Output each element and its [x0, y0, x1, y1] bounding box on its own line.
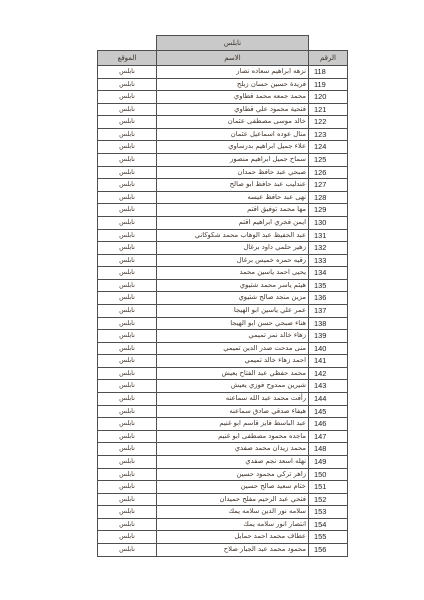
row-name-cell: فريدة حسين حسان زبلح — [157, 78, 309, 91]
table-row: 145 هيفاء صدقي صادق سماعنه نابلس — [98, 405, 348, 418]
row-name-cell: نهله اسعد نجم صفدي — [157, 455, 309, 468]
row-number-cell: 132 — [309, 242, 348, 255]
row-location-cell: نابلس — [98, 154, 157, 167]
spacer-cell — [309, 36, 348, 51]
table-row: 150 زاهر تركي محمود حسين نابلس — [98, 468, 348, 481]
row-name-cell: يحيى احمد ياسين محمد — [157, 267, 309, 280]
row-number-cell: 151 — [309, 481, 348, 494]
row-number-cell: 146 — [309, 418, 348, 431]
row-name-cell: شيرين ممدوح فوزي يعيش — [157, 380, 309, 393]
table-row: 135 هيثم ياسر محمد شتيوي نابلس — [98, 279, 348, 292]
row-number-cell: 152 — [309, 493, 348, 506]
row-location-cell: نابلس — [98, 279, 157, 292]
table-row: 123 منال عوده اسماعيل عثمان نابلس — [98, 128, 348, 141]
row-location-cell: نابلس — [98, 418, 157, 431]
row-name-cell: نزهه ابراهيم سعاده نصار — [157, 66, 309, 79]
row-name-cell: زهير حلمي داود برغال — [157, 242, 309, 255]
row-name-cell: انتصار انور سلامه يمك — [157, 518, 309, 531]
table-row: 130 ايمن فخري ابراهيم اقتم نابلس — [98, 216, 348, 229]
row-name-cell: عطاف محمد احمد حمايل — [157, 531, 309, 544]
row-location-cell: نابلس — [98, 128, 157, 141]
row-location-cell: نابلس — [98, 493, 157, 506]
row-location-cell: نابلس — [98, 116, 157, 129]
row-name-cell: محمد زيدان محمد صفدي — [157, 443, 309, 456]
row-name-cell: نهى عبد حافظ عيسه — [157, 191, 309, 204]
table-row: 141 احمد زهاء خالد تميمي نابلس — [98, 355, 348, 368]
row-location-cell: نابلس — [98, 229, 157, 242]
column-header-row: الرقم الاسم الموقع — [98, 51, 348, 66]
row-name-cell: ماجده محمود مصطفى ابو غنيم — [157, 430, 309, 443]
table-row: 139 زهاء خالد نمر تميمي نابلس — [98, 330, 348, 343]
table-row: 132 زهير حلمي داود برغال نابلس — [98, 242, 348, 255]
table-row: 127 عندليب عبد حافظ ابو صالح نابلس — [98, 179, 348, 192]
row-location-cell: نابلس — [98, 518, 157, 531]
row-name-cell: عبد الباسط فايز قاسم ابو غنيم — [157, 418, 309, 431]
table-row: 151 ختام سعيد صالح حسين نابلس — [98, 481, 348, 494]
row-name-cell: هناء صبحي حسن ابو الهيجا — [157, 317, 309, 330]
row-number-cell: 121 — [309, 103, 348, 116]
table-row: 118 نزهه ابراهيم سعاده نصار نابلس — [98, 66, 348, 79]
row-name-cell: منى مدحت صدر الدين تميمي — [157, 342, 309, 355]
row-location-cell: نابلس — [98, 242, 157, 255]
row-number-cell: 135 — [309, 279, 348, 292]
row-name-cell: رأفت محمد عبد الله سماعنه — [157, 393, 309, 406]
row-location-cell: نابلس — [98, 254, 157, 267]
row-number-cell: 156 — [309, 543, 348, 556]
row-number-cell: 154 — [309, 518, 348, 531]
row-location-cell: نابلس — [98, 78, 157, 91]
row-number-cell: 143 — [309, 380, 348, 393]
row-location-cell: نابلس — [98, 216, 157, 229]
table-row: 119 فريدة حسين حسان زبلح نابلس — [98, 78, 348, 91]
table-row: 124 علاء جميل ابراهيم بدرساوي نابلس — [98, 141, 348, 154]
row-number-cell: 140 — [309, 342, 348, 355]
table-row: 131 عبد الحفيظ عبد الوهاب محمد شكوكاني ن… — [98, 229, 348, 242]
row-name-cell: زاهر تركي محمود حسين — [157, 468, 309, 481]
column-header-number: الرقم — [309, 51, 348, 66]
row-name-cell: هيثم ياسر محمد شتيوي — [157, 279, 309, 292]
table-row: 137 عمر علي ياسين ابو الهيجا نابلس — [98, 304, 348, 317]
table-row: 148 محمد زيدان محمد صفدي نابلس — [98, 443, 348, 456]
table-row: 146 عبد الباسط فايز قاسم ابو غنيم نابلس — [98, 418, 348, 431]
table-row: 133 رقيه حمزه خميس برغال نابلس — [98, 254, 348, 267]
row-name-cell: مها محمد توفيق اقتم — [157, 204, 309, 217]
table-row: 155 عطاف محمد احمد حمايل نابلس — [98, 531, 348, 544]
row-location-cell: نابلس — [98, 103, 157, 116]
row-name-cell: ختام سعيد صالح حسين — [157, 481, 309, 494]
region-title: نابلس — [157, 36, 309, 51]
row-number-cell: 126 — [309, 166, 348, 179]
row-location-cell: نابلس — [98, 468, 157, 481]
row-number-cell: 127 — [309, 179, 348, 192]
table-row: 140 منى مدحت صدر الدين تميمي نابلس — [98, 342, 348, 355]
row-number-cell: 124 — [309, 141, 348, 154]
table-row: 136 مزين منجد صالح شتيوي نابلس — [98, 292, 348, 305]
row-location-cell: نابلس — [98, 141, 157, 154]
table-row: 125 سماح جميل ابراهيم منصور نابلس — [98, 154, 348, 167]
region-title-row: نابلس — [98, 36, 348, 51]
row-number-cell: 144 — [309, 393, 348, 406]
row-location-cell: نابلس — [98, 506, 157, 519]
column-header-name: الاسم — [157, 51, 309, 66]
row-name-cell: احمد زهاء خالد تميمي — [157, 355, 309, 368]
row-location-cell: نابلس — [98, 179, 157, 192]
row-name-cell: محمد جمعه محمد قطاوي — [157, 91, 309, 104]
table-row: 147 ماجده محمود مصطفى ابو غنيم نابلس — [98, 430, 348, 443]
table-row: 129 مها محمد توفيق اقتم نابلس — [98, 204, 348, 217]
table-row: 144 رأفت محمد عبد الله سماعنه نابلس — [98, 393, 348, 406]
roster-table: نابلس الرقم الاسم الموقع 118 نزهه ابراهي… — [97, 35, 348, 557]
row-number-cell: 136 — [309, 292, 348, 305]
table-row: 142 محمد حفظي عبد الفتاح يعيش نابلس — [98, 367, 348, 380]
row-number-cell: 149 — [309, 455, 348, 468]
table-row: 143 شيرين ممدوح فوزي يعيش نابلس — [98, 380, 348, 393]
row-location-cell: نابلس — [98, 166, 157, 179]
row-number-cell: 128 — [309, 191, 348, 204]
table-row: 149 نهله اسعد نجم صفدي نابلس — [98, 455, 348, 468]
row-name-cell: منال عوده اسماعيل عثمان — [157, 128, 309, 141]
spacer-cell — [98, 36, 157, 51]
row-location-cell: نابلس — [98, 342, 157, 355]
table-body: نابلس الرقم الاسم الموقع 118 نزهه ابراهي… — [98, 36, 348, 557]
row-name-cell: مزين منجد صالح شتيوي — [157, 292, 309, 305]
row-name-cell: صبحي عبد حافظ حمدان — [157, 166, 309, 179]
row-name-cell: محمود محمد عبد الجبار صلاح — [157, 543, 309, 556]
table-row: 154 انتصار انور سلامه يمك نابلس — [98, 518, 348, 531]
row-name-cell: عندليب عبد حافظ ابو صالح — [157, 179, 309, 192]
row-number-cell: 148 — [309, 443, 348, 456]
row-location-cell: نابلس — [98, 204, 157, 217]
row-location-cell: نابلس — [98, 543, 157, 556]
row-name-cell: خالد موسى مصطفى عثمان — [157, 116, 309, 129]
row-location-cell: نابلس — [98, 292, 157, 305]
row-location-cell: نابلس — [98, 66, 157, 79]
table-row: 121 فتحية محمود علي قطاوي نابلس — [98, 103, 348, 116]
column-header-location: الموقع — [98, 51, 157, 66]
row-number-cell: 139 — [309, 330, 348, 343]
table-row: 138 هناء صبحي حسن ابو الهيجا نابلس — [98, 317, 348, 330]
row-location-cell: نابلس — [98, 531, 157, 544]
row-location-cell: نابلس — [98, 380, 157, 393]
row-name-cell: ايمن فخري ابراهيم اقتم — [157, 216, 309, 229]
row-name-cell: عمر علي ياسين ابو الهيجا — [157, 304, 309, 317]
table-row: 120 محمد جمعه محمد قطاوي نابلس — [98, 91, 348, 104]
row-location-cell: نابلس — [98, 267, 157, 280]
row-number-cell: 153 — [309, 506, 348, 519]
row-number-cell: 120 — [309, 91, 348, 104]
row-location-cell: نابلس — [98, 191, 157, 204]
row-name-cell: علاء جميل ابراهيم بدرساوي — [157, 141, 309, 154]
row-location-cell: نابلس — [98, 455, 157, 468]
row-name-cell: عبد الحفيظ عبد الوهاب محمد شكوكاني — [157, 229, 309, 242]
row-name-cell: فتحي عبد الرحيم مفلح حميدان — [157, 493, 309, 506]
row-location-cell: نابلس — [98, 355, 157, 368]
row-number-cell: 134 — [309, 267, 348, 280]
row-number-cell: 129 — [309, 204, 348, 217]
row-number-cell: 150 — [309, 468, 348, 481]
row-name-cell: هيفاء صدقي صادق سماعنه — [157, 405, 309, 418]
table-row: 122 خالد موسى مصطفى عثمان نابلس — [98, 116, 348, 129]
row-location-cell: نابلس — [98, 330, 157, 343]
row-location-cell: نابلس — [98, 443, 157, 456]
row-number-cell: 125 — [309, 154, 348, 167]
table-row: 134 يحيى احمد ياسين محمد نابلس — [98, 267, 348, 280]
row-number-cell: 123 — [309, 128, 348, 141]
row-number-cell: 122 — [309, 116, 348, 129]
row-location-cell: نابلس — [98, 91, 157, 104]
names-roster-table: نابلس الرقم الاسم الموقع 118 نزهه ابراهي… — [98, 35, 348, 557]
row-name-cell: فتحية محمود علي قطاوي — [157, 103, 309, 116]
row-number-cell: 142 — [309, 367, 348, 380]
row-number-cell: 145 — [309, 405, 348, 418]
row-number-cell: 119 — [309, 78, 348, 91]
table-row: 126 صبحي عبد حافظ حمدان نابلس — [98, 166, 348, 179]
row-number-cell: 147 — [309, 430, 348, 443]
row-location-cell: نابلس — [98, 393, 157, 406]
row-number-cell: 137 — [309, 304, 348, 317]
row-location-cell: نابلس — [98, 481, 157, 494]
row-number-cell: 133 — [309, 254, 348, 267]
row-location-cell: نابلس — [98, 367, 157, 380]
row-name-cell: زهاء خالد نمر تميمي — [157, 330, 309, 343]
row-number-cell: 118 — [309, 66, 348, 79]
table-row: 156 محمود محمد عبد الجبار صلاح نابلس — [98, 543, 348, 556]
row-number-cell: 138 — [309, 317, 348, 330]
row-number-cell: 130 — [309, 216, 348, 229]
table-row: 128 نهى عبد حافظ عيسه نابلس — [98, 191, 348, 204]
row-name-cell: رقيه حمزه خميس برغال — [157, 254, 309, 267]
row-location-cell: نابلس — [98, 405, 157, 418]
row-location-cell: نابلس — [98, 430, 157, 443]
row-location-cell: نابلس — [98, 304, 157, 317]
row-name-cell: محمد حفظي عبد الفتاح يعيش — [157, 367, 309, 380]
row-name-cell: سماح جميل ابراهيم منصور — [157, 154, 309, 167]
row-location-cell: نابلس — [98, 317, 157, 330]
table-row: 152 فتحي عبد الرحيم مفلح حميدان نابلس — [98, 493, 348, 506]
row-name-cell: سلامه نور الدين سلامه يمك — [157, 506, 309, 519]
table-row: 153 سلامه نور الدين سلامه يمك نابلس — [98, 506, 348, 519]
row-number-cell: 155 — [309, 531, 348, 544]
row-number-cell: 141 — [309, 355, 348, 368]
row-number-cell: 131 — [309, 229, 348, 242]
